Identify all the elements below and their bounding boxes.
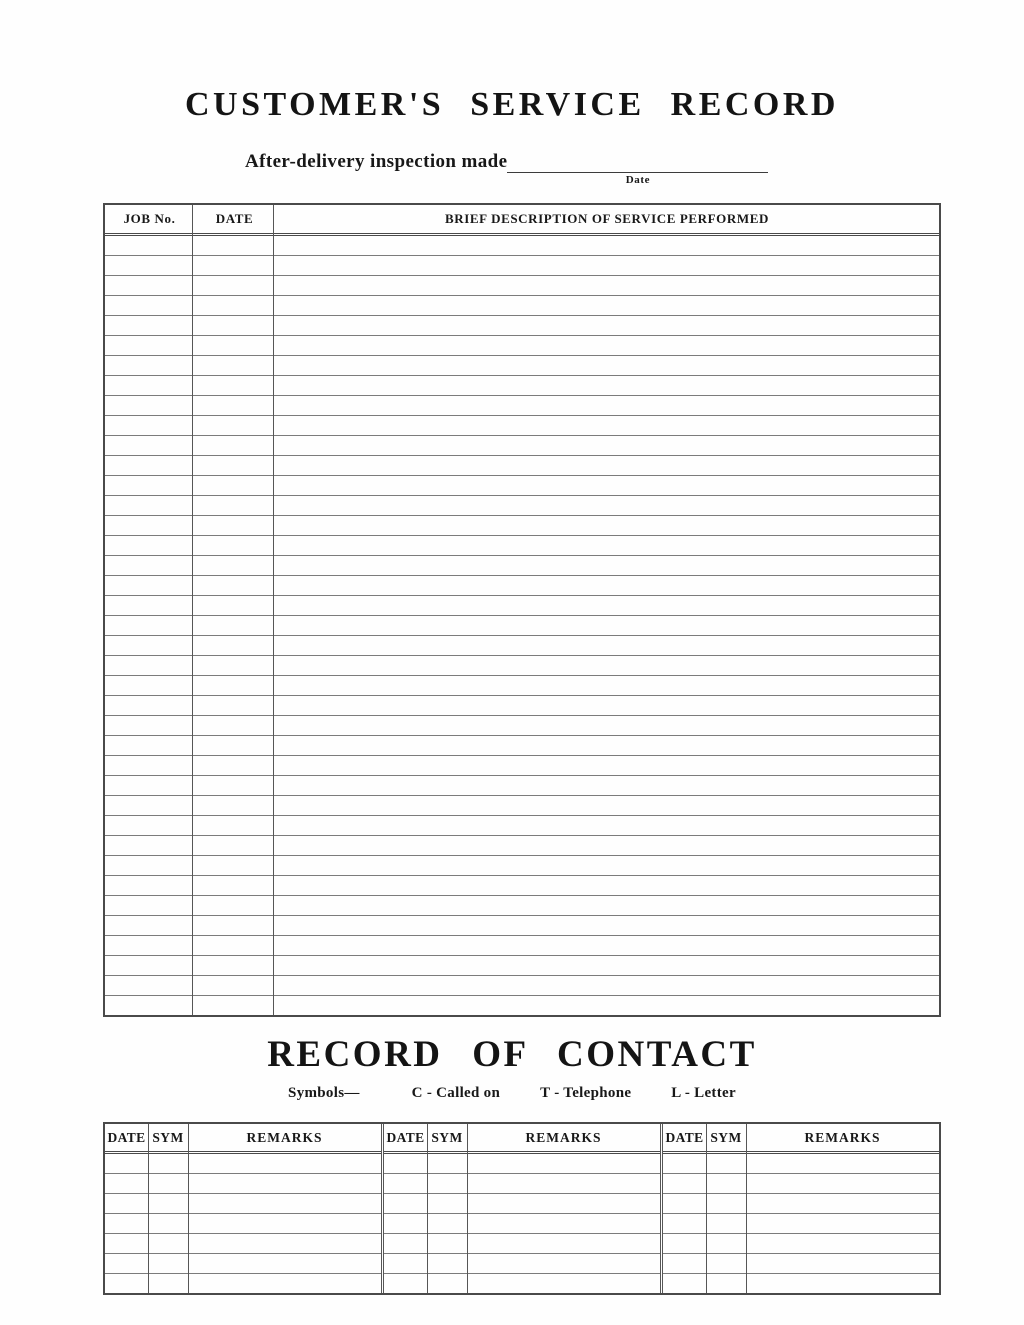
- column-divider: [746, 1124, 747, 1293]
- record-of-contact-table: DATE SYM REMARKS DATE SYM REMARKS DATE S…: [103, 1122, 941, 1295]
- after-delivery-inspection-line: After-delivery inspection made Date: [245, 150, 768, 173]
- column-divider: [273, 205, 274, 1015]
- symbol-called-on: C - Called on: [412, 1085, 501, 1102]
- contact-table-group-3: DATE SYM REMARKS: [660, 1124, 939, 1293]
- inspection-label: After-delivery inspection made: [245, 151, 507, 173]
- date-caption: Date: [507, 174, 768, 186]
- contact-table-blank-rows: [105, 1154, 381, 1293]
- column-divider: [706, 1124, 707, 1293]
- symbol-telephone: T - Telephone: [540, 1085, 631, 1102]
- contact-table-group-2: DATE SYM REMARKS: [381, 1124, 660, 1293]
- scanned-service-record-page: CUSTOMER'S SERVICE RECORD After-delivery…: [0, 0, 1024, 1325]
- column-divider: [148, 1124, 149, 1293]
- column-divider: [188, 1124, 189, 1293]
- inspection-date-blank-line: Date: [507, 150, 768, 173]
- contact-table-group-1: DATE SYM REMARKS: [105, 1124, 381, 1293]
- service-table-header-row: JOB No. DATE BRIEF DESCRIPTION OF SERVIC…: [105, 205, 939, 236]
- contact-table-blank-rows: [384, 1154, 660, 1293]
- column-header-sym: SYM: [706, 1130, 746, 1146]
- column-header-remarks: REMARKS: [746, 1130, 939, 1146]
- symbols-label: Symbols—: [288, 1085, 360, 1102]
- column-header-date: DATE: [663, 1130, 706, 1146]
- column-divider: [192, 205, 193, 1015]
- column-header-date: DATE: [194, 211, 275, 227]
- page-title: CUSTOMER'S SERVICE RECORD: [0, 86, 1024, 124]
- column-header-remarks: REMARKS: [188, 1130, 381, 1146]
- symbol-letter: L - Letter: [671, 1085, 736, 1102]
- column-header-job-no: JOB No.: [105, 211, 194, 227]
- column-header-date: DATE: [105, 1130, 148, 1146]
- column-header-remarks: REMARKS: [467, 1130, 660, 1146]
- contact-table-blank-rows: [663, 1154, 939, 1293]
- column-header-date: DATE: [384, 1130, 427, 1146]
- contact-section-title: RECORD OF CONTACT: [0, 1033, 1024, 1076]
- column-divider: [427, 1124, 428, 1293]
- contact-table-header-row: DATE SYM REMARKS: [105, 1124, 381, 1154]
- service-record-table: JOB No. DATE BRIEF DESCRIPTION OF SERVIC…: [103, 203, 941, 1017]
- contact-table-header-row: DATE SYM REMARKS: [663, 1124, 939, 1154]
- column-header-sym: SYM: [148, 1130, 188, 1146]
- column-header-description: BRIEF DESCRIPTION OF SERVICE PERFORMED: [275, 211, 939, 227]
- column-divider: [467, 1124, 468, 1293]
- service-table-blank-rows: [105, 236, 939, 1015]
- contact-table-header-row: DATE SYM REMARKS: [384, 1124, 660, 1154]
- column-header-sym: SYM: [427, 1130, 467, 1146]
- symbols-legend: Symbols— C - Called on T - Telephone L -…: [0, 1085, 1024, 1102]
